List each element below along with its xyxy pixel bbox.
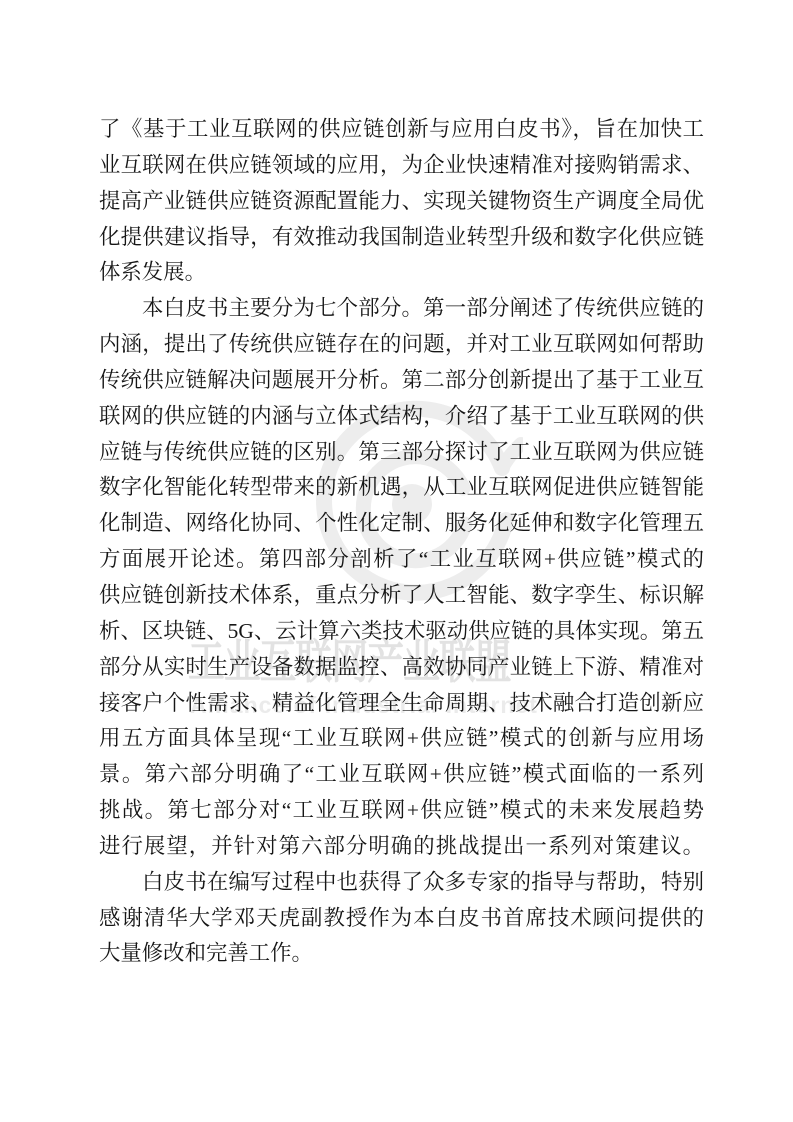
text-line: 供应链创新技术体系，重点分析了人工智能、数字孪生、标识解 — [99, 578, 704, 614]
text-line: 白皮书在编写过程中也获得了众多专家的指导与帮助，特别 — [99, 865, 704, 901]
text-line: 传统供应链解决问题展开分析。第二部分创新提出了基于工业互 — [99, 363, 704, 399]
body-text: 了《基于工业互联网的供应链创新与应用白皮书》，旨在加快工业互联网在供应链领域的应… — [99, 112, 704, 972]
text-line: 了《基于工业互联网的供应链创新与应用白皮书》，旨在加快工 — [99, 112, 704, 148]
text-line: 应链与传统供应链的区别。第三部分探讨了工业互联网为供应链 — [99, 435, 704, 471]
text-line: 析、区块链、5G、云计算六类技术驱动供应链的具体实现。第五 — [99, 614, 704, 650]
text-line: 内涵，提出了传统供应链存在的问题，并对工业互联网如何帮助 — [99, 327, 704, 363]
text-line: 进行展望，并针对第六部分明确的挑战提出一系列对策建议。 — [99, 829, 704, 865]
text-line: 感谢清华大学邓天虎副教授作为本白皮书首席技术顾问提供的 — [99, 901, 704, 937]
document-page: 工业互联网产业联盟 Alliance of Industrial Interne… — [0, 0, 793, 1122]
text-line: 用五方面具体呈现“工业互联网+供应链”模式的创新与应用场 — [99, 721, 704, 757]
text-line: 数字化智能化转型带来的新机遇，从工业互联网促进供应链智能 — [99, 470, 704, 506]
text-line: 提高产业链供应链资源配置能力、实现关键物资生产调度全局优 — [99, 184, 704, 220]
text-line: 业互联网在供应链领域的应用，为企业快速精准对接购销需求、 — [99, 148, 704, 184]
text-line: 体系发展。 — [99, 255, 704, 291]
text-line: 部分从实时生产设备数据监控、高效协同产业链上下游、精准对 — [99, 650, 704, 686]
text-line: 挑战。第七部分对“工业互联网+供应链”模式的未来发展趋势 — [99, 793, 704, 829]
text-line: 本白皮书主要分为七个部分。第一部分阐述了传统供应链的 — [99, 291, 704, 327]
text-line: 接客户个性需求、精益化管理全生命周期、技术融合打造创新应 — [99, 686, 704, 722]
text-line: 方面展开论述。第四部分剖析了“工业互联网+供应链”模式的 — [99, 542, 704, 578]
text-line: 化提供建议指导，有效推动我国制造业转型升级和数字化供应链 — [99, 220, 704, 256]
text-line: 化制造、网络化协同、个性化定制、服务化延伸和数字化管理五 — [99, 506, 704, 542]
text-line: 景。第六部分明确了“工业互联网+供应链”模式面临的一系列 — [99, 757, 704, 793]
text-line: 大量修改和完善工作。 — [99, 936, 704, 972]
text-line: 联网的供应链的内涵与立体式结构，介绍了基于工业互联网的供 — [99, 399, 704, 435]
